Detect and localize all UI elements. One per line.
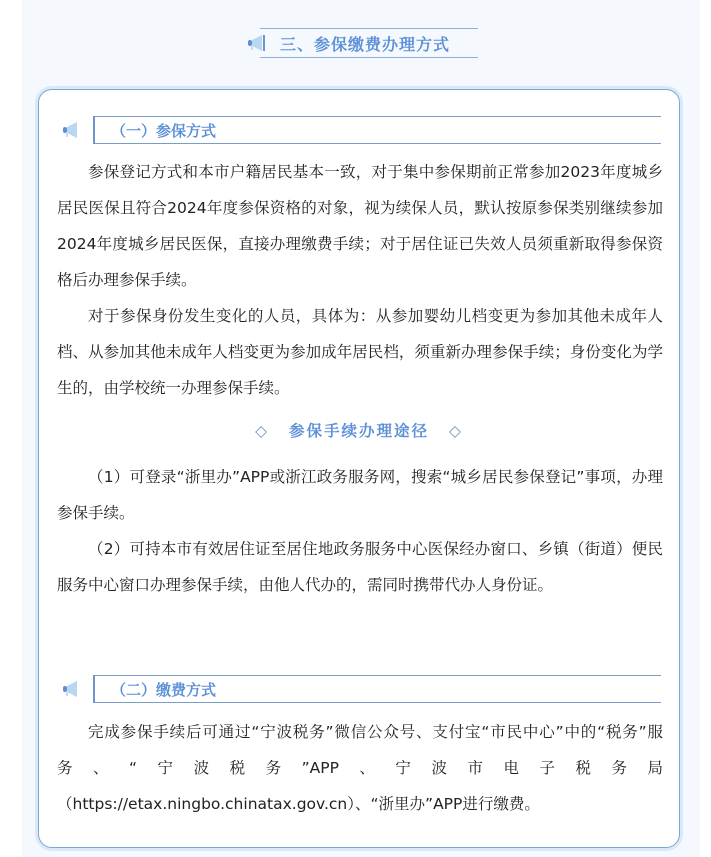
subsection-heading-payment: （二）缴费方式 (61, 675, 661, 702)
section-title: 三、参保缴费办理方式 (280, 32, 450, 55)
diamond-icon: ◇ (449, 422, 463, 440)
diamond-icon: ◇ (255, 422, 269, 440)
megaphone-icon (63, 681, 81, 697)
paragraph: 完成参保手续后可通过“宁波税务”微信公众号、支付宝“市民中心”中的“税务”服务、… (57, 714, 663, 822)
megaphone-icon (63, 122, 81, 138)
paragraph: 参保登记方式和本市户籍居民基本一致，对于集中参保期前正常参加2023年度城乡居民… (57, 154, 663, 298)
divider (93, 702, 661, 703)
megaphone-icon (248, 35, 266, 51)
content-card: （一）参保方式 参保登记方式和本市户籍居民基本一致，对于集中参保期前正常参加20… (38, 89, 680, 848)
divider (93, 675, 95, 703)
divider (93, 116, 95, 144)
section-title-block: 三、参保缴费办理方式 (248, 28, 478, 58)
paragraph: 对于参保身份发生变化的人员，具体为：从参加婴幼儿档变更为参加其他未成年人档、从参… (57, 298, 663, 406)
list-item: （1）可登录“浙里办”APP或浙江政务服务网，搜索“城乡居民参保登记”事项，办理… (57, 459, 663, 531)
divider (260, 28, 478, 29)
divider (93, 116, 661, 117)
divider (260, 57, 478, 58)
subsection-title: （一）参保方式 (111, 120, 216, 141)
route-title: 参保手续办理途径 (289, 422, 429, 440)
route-heading: ◇参保手续办理途径◇ (39, 419, 679, 441)
divider (93, 143, 661, 144)
list-item: （2）可持本市有效居住证至居住地政务服务中心医保经办窗口、乡镇（街道）便民服务中… (57, 531, 663, 603)
divider (93, 675, 661, 676)
subsection-heading-enrollment: （一）参保方式 (61, 116, 661, 143)
subsection-title: （二）缴费方式 (111, 679, 216, 700)
